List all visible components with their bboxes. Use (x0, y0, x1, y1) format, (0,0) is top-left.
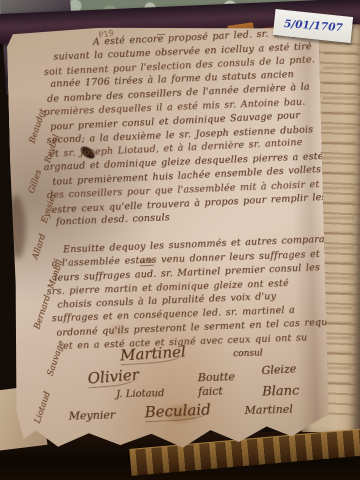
manuscript-page: P19 — A esté encore proposé par led. sr.… (7, 22, 330, 452)
signature: faict (198, 385, 223, 399)
signature: Olivier (87, 366, 140, 389)
date-slip-text: 5/01/1707 (283, 18, 343, 34)
signature: Martinel (244, 403, 292, 417)
margin-signature: Liotaud (33, 390, 53, 424)
manuscript-photo: P19 — A esté encore proposé par led. sr.… (0, 0, 360, 480)
signature: Martinel (120, 342, 187, 365)
signature: Boutte (198, 370, 235, 384)
paragraph-votes: Ensuitte dequoy les susnommés et autres … (43, 233, 323, 354)
stain (7, 195, 27, 259)
signature: Meynier (68, 408, 115, 422)
signature: Beculaid (144, 400, 211, 422)
signature: Gleize (261, 362, 296, 377)
paragraph-election: A esté encore proposé par led. sr. Giely… (35, 26, 319, 230)
signature: Blanc (262, 384, 300, 400)
signature: J. Liotaud (116, 388, 165, 400)
signature: consul (233, 349, 263, 360)
interlinear-insertion: voix (139, 257, 154, 267)
manuscript-text: A esté encore proposé par led. sr. Giely… (35, 26, 324, 354)
